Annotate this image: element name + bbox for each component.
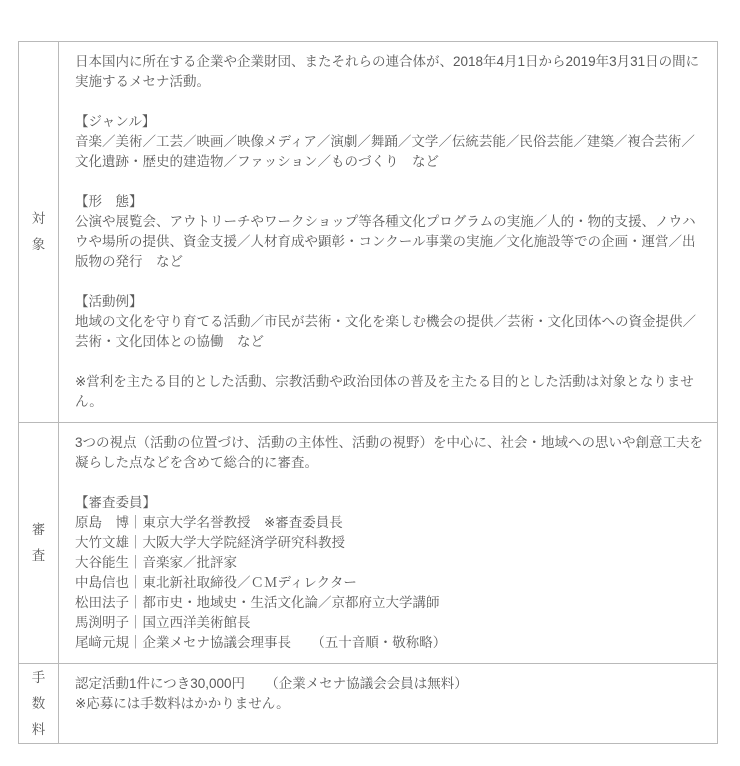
row-content-screening: 3つの視点（活動の位置づけ、活動の主体性、活動の視野）を中心に、社会・地域への思…: [59, 423, 718, 664]
table-row-screening: 審査 3つの視点（活動の位置づけ、活動の主体性、活動の視野）を中心に、社会・地域…: [19, 423, 718, 664]
row-header-target: 対象: [19, 42, 59, 423]
row-label-target: 対象: [32, 206, 46, 258]
row-label-screening: 審査: [32, 517, 46, 569]
info-table: 対象 日本国内に所在する企業や企業財団、またそれらの連合体が、2018年4月1日…: [18, 41, 718, 744]
table-row-target: 対象 日本国内に所在する企業や企業財団、またそれらの連合体が、2018年4月1日…: [19, 42, 718, 423]
row-label-fee: 手数料: [32, 665, 46, 743]
row-content-fee: 認定活動1件につき30,000円 （企業メセナ協議会会員は無料） ※応募には手数…: [59, 664, 718, 744]
table-row-fee: 手数料 認定活動1件につき30,000円 （企業メセナ協議会会員は無料） ※応募…: [19, 664, 718, 744]
row-header-screening: 審査: [19, 423, 59, 664]
row-header-fee: 手数料: [19, 664, 59, 744]
row-content-target: 日本国内に所在する企業や企業財団、またそれらの連合体が、2018年4月1日から2…: [59, 42, 718, 423]
